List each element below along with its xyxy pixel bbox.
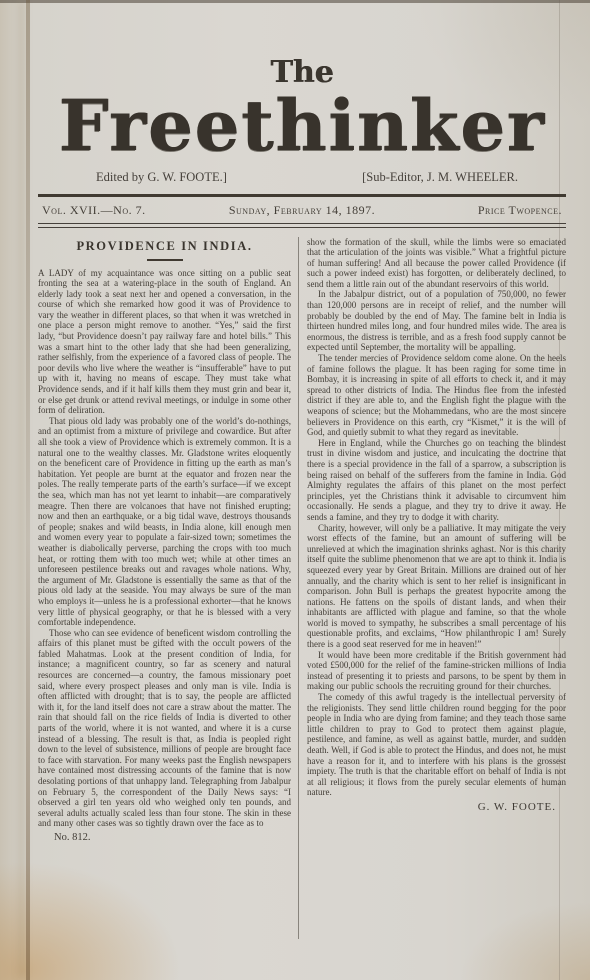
page-fold-crease	[26, 0, 30, 980]
left-column: PROVIDENCE IN INDIA. A LADY of my acquai…	[38, 237, 298, 939]
paragraph: Here in England, while the Churches go o…	[307, 438, 566, 523]
paragraph: The comedy of this awful tragedy is the …	[307, 692, 566, 798]
volume-number: Vol. XVII.—No. 7.	[42, 203, 202, 218]
author-signature: G. W. FOOTE.	[307, 801, 566, 813]
article-columns: PROVIDENCE IN INDIA. A LADY of my acquai…	[38, 237, 566, 939]
paragraph: The tender mercies of Providence seldom …	[307, 353, 566, 438]
paragraph: Charity, however, will only be a palliat…	[307, 523, 566, 650]
article-title: PROVIDENCE IN INDIA.	[38, 239, 291, 254]
right-column: show the formation of the skull, while t…	[299, 237, 566, 939]
dateline-rule	[38, 223, 566, 228]
editor-credit: Edited by G. W. FOOTE.]	[96, 170, 227, 185]
page-top-edge	[0, 0, 590, 3]
paragraph: It would have been more creditable if th…	[307, 650, 566, 692]
editor-row: Edited by G. W. FOOTE.] [Sub-Editor, J. …	[38, 170, 566, 185]
sub-editor-credit: [Sub-Editor, J. M. WHEELER.	[362, 170, 518, 185]
paragraph: show the formation of the skull, while t…	[307, 237, 566, 290]
issue-number: No. 812.	[38, 832, 291, 843]
paragraph: A LADY of my acquaintance was once sitti…	[38, 268, 291, 416]
price-label: Price Twopence.	[402, 203, 562, 218]
dateline: Vol. XVII.—No. 7. Sunday, February 14, 1…	[38, 197, 566, 223]
paragraph: In the Jabalpur district, out of a popul…	[307, 289, 566, 353]
paragraph: That pious old lady was probably one of …	[38, 416, 291, 628]
article-title-divider	[147, 259, 183, 261]
newspaper-page: The Freethinker Edited by G. W. FOOTE.] …	[0, 0, 590, 980]
masthead-title: Freethinker	[38, 86, 566, 166]
page-content: The Freethinker Edited by G. W. FOOTE.] …	[38, 8, 566, 939]
paragraph: Those who can see evidence of beneficent…	[38, 628, 291, 829]
issue-date: Sunday, February 14, 1897.	[202, 203, 402, 218]
